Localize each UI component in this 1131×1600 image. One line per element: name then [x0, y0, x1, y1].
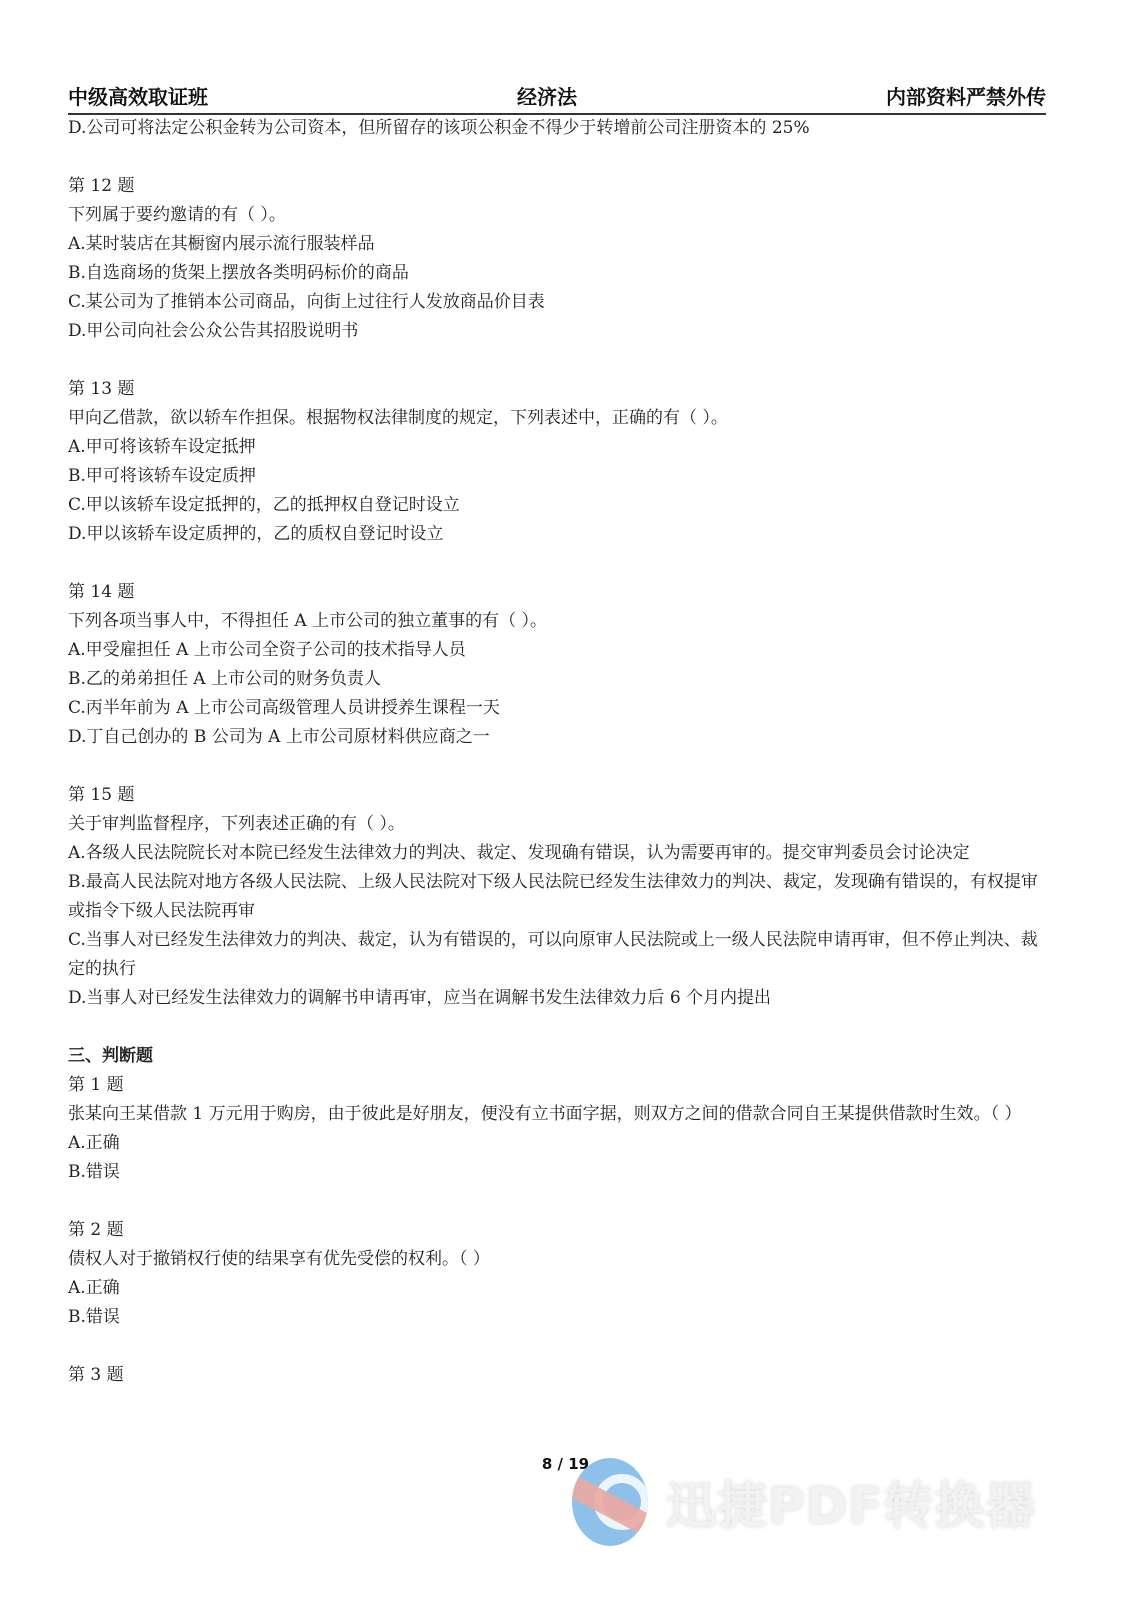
question-number: 第 15 题 — [68, 781, 1046, 810]
question-stem: 债权人对于撤销权行使的结果享有优先受偿的权利。（ ） — [68, 1245, 1046, 1274]
question-12: 第 12 题 下列属于要约邀请的有（ ）。 A.某时装店在其橱窗内展示流行服装样… — [68, 172, 1046, 346]
header-confidential-notice: 内部资料严禁外传 — [886, 81, 1046, 110]
tf-question-3: 第 3 题 — [68, 1361, 1046, 1390]
spacer — [68, 549, 1046, 578]
option-d: D.甲以该轿车设定质押的，乙的质权自登记时设立 — [68, 520, 1046, 549]
question-15: 第 15 题 关于审判监督程序，下列表述正确的有（ ）。 A.各级人民法院院长对… — [68, 781, 1046, 1013]
option-c: C.甲以该轿车设定抵押的，乙的抵押权自登记时设立 — [68, 491, 1046, 520]
question-number: 第 13 题 — [68, 375, 1046, 404]
option-a: A.甲受雇担任 A 上市公司全资子公司的技术指导人员 — [68, 636, 1046, 665]
option-c: C.丙半年前为 A 上市公司高级管理人员讲授养生课程一天 — [68, 694, 1046, 723]
option-b: B.乙的弟弟担任 A 上市公司的财务负责人 — [68, 665, 1046, 694]
question-stem: 甲向乙借款，欲以轿车作担保。根据物权法律制度的规定，下列表述中，正确的有（ ）。 — [68, 404, 1046, 433]
option-a: A.正确 — [68, 1274, 1046, 1303]
xunjie-pdf-logo-icon — [572, 1458, 648, 1546]
question-number: 第 1 题 — [68, 1071, 1046, 1100]
question-number: 第 14 题 — [68, 578, 1046, 607]
option-b: B.自选商场的货架上摆放各类明码标价的商品 — [68, 259, 1046, 288]
option-b: B.甲可将该轿车设定质押 — [68, 462, 1046, 491]
header-subject: 经济法 — [517, 81, 577, 110]
option-a: A.正确 — [68, 1129, 1046, 1158]
spacer — [68, 143, 1046, 172]
spacer — [68, 1013, 1046, 1042]
question-stem: 关于审判监督程序，下列表述正确的有（ ）。 — [68, 810, 1046, 839]
page-content: D.公司可将法定公积金转为公司资本，但所留存的该项公积金不得少于转增前公司注册资… — [68, 114, 1046, 1390]
option-b: B.最高人民法院对地方各级人民法院、上级人民法院对下级人民法院已经发生法律效力的… — [68, 868, 1046, 926]
option-a: A.某时装店在其橱窗内展示流行服装样品 — [68, 230, 1046, 259]
question-14: 第 14 题 下列各项当事人中，不得担任 A 上市公司的独立董事的有（ ）。 A… — [68, 578, 1046, 752]
header-course-name: 中级高效取证班 — [68, 81, 208, 110]
question-number: 第 2 题 — [68, 1216, 1046, 1245]
tf-question-1: 第 1 题 张某向王某借款 1 万元用于购房，由于彼此是好朋友，便没有立书面字据… — [68, 1071, 1046, 1187]
tf-question-2: 第 2 题 债权人对于撤销权行使的结果享有优先受偿的权利。（ ） A.正确 B.… — [68, 1216, 1046, 1332]
question-number: 第 12 题 — [68, 172, 1046, 201]
option-c: C.某公司为了推销本公司商品，向街上过往行人发放商品价目表 — [68, 288, 1046, 317]
section-title-true-false: 三、判断题 — [68, 1042, 1046, 1071]
spacer — [68, 1332, 1046, 1361]
option-c: C.当事人对已经发生法律效力的判决、裁定，认为有错误的，可以向原审人民法院或上一… — [68, 926, 1046, 984]
spacer — [68, 346, 1046, 375]
option-d: D.甲公司向社会公众公告其招股说明书 — [68, 317, 1046, 346]
question-stem: 张某向王某借款 1 万元用于购房，由于彼此是好朋友，便没有立书面字据，则双方之间… — [68, 1100, 1046, 1129]
spacer — [68, 1187, 1046, 1216]
document-page: 中级高效取证班 经济法 内部资料严禁外传 D.公司可将法定公积金转为公司资本，但… — [0, 0, 1131, 1600]
option-d: D.丁自己创办的 B 公司为 A 上市公司原材料供应商之一 — [68, 723, 1046, 752]
option-a: A.甲可将该轿车设定抵押 — [68, 433, 1046, 462]
option-b: B.错误 — [68, 1158, 1046, 1187]
question-stem: 下列属于要约邀请的有（ ）。 — [68, 201, 1046, 230]
page-header: 中级高效取证班 经济法 内部资料严禁外传 — [68, 80, 1046, 115]
spacer — [68, 752, 1046, 781]
option-d: D.当事人对已经发生法律效力的调解书申请再审，应当在调解书发生法律效力后 6 个… — [68, 984, 1046, 1013]
option-a: A.各级人民法院院长对本院已经发生法律效力的判决、裁定、发现确有错误，认为需要再… — [68, 839, 1046, 868]
question-13: 第 13 题 甲向乙借款，欲以轿车作担保。根据物权法律制度的规定，下列表述中，正… — [68, 375, 1046, 549]
carryover-option-d: D.公司可将法定公积金转为公司资本，但所留存的该项公积金不得少于转增前公司注册资… — [68, 114, 1046, 143]
watermark-text: 迅捷PDF转换器 — [666, 1466, 1036, 1538]
watermark: 迅捷PDF转换器 — [572, 1458, 1036, 1546]
question-number: 第 3 题 — [68, 1361, 1046, 1390]
question-stem: 下列各项当事人中，不得担任 A 上市公司的独立董事的有（ ）。 — [68, 607, 1046, 636]
option-b: B.错误 — [68, 1303, 1046, 1332]
